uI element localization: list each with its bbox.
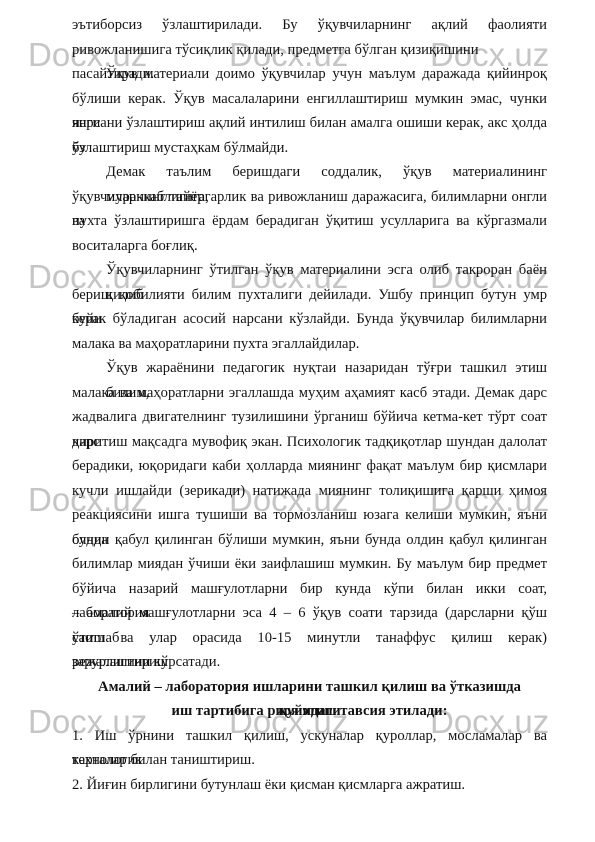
text-line: пухта ўзлаштиришга ёрдам берадиган ўқити… — [72, 209, 547, 234]
document-content: эътиборсиз ўзлаштирилади. Бу ўқувчиларни… — [72, 13, 547, 797]
text-line: зарурлигини кўрсатади. — [72, 650, 547, 675]
text-line: Ўқув жараёнини педагогик нуқтаи назарида… — [72, 356, 547, 381]
text-line: ўқувчиларнинг тайёргарлик ва ривожланиш … — [72, 185, 547, 210]
text-line: ўзлаштириш мустаҳкам бўлмайди. — [72, 136, 547, 161]
text-line: ривожланишига тўсиқлик қилади, предметга… — [72, 38, 547, 63]
text-line: эътиборсиз ўзлаштирилади. Бу ўқувчиларни… — [72, 13, 547, 38]
document-page: Docx.uzDocx.uzDocx.uzDocx.uzDocx.uzDocx.… — [0, 0, 595, 842]
text-line: – амалий машғулотларни эса 4 – 6 ўқув со… — [72, 601, 547, 626]
text-line: олдин қабул қилинган бўлиши мумкин, яъни… — [72, 528, 547, 553]
heading-line: иш тартибига риоя этиш тавсия этилади: — [72, 699, 547, 724]
list-item-line: 1. Иш ўрнини ташкил қилиш, ускуналар қур… — [72, 724, 547, 749]
text-line: бўйича назарий машғулотларни бир кунда к… — [72, 577, 547, 602]
list-item-line: карталар билан таништириш. — [72, 748, 547, 773]
text-line: Демак таълим беришдаги соддалик, ўқув ма… — [72, 160, 547, 185]
list-item-line: 2. Йиғин бирлигини бутунлаш ёки қисман қ… — [72, 773, 547, 798]
text-line: Ўқув материали доимо ўқувчилар учун маъл… — [72, 62, 547, 87]
text-line: керак бўладиган асосий нарсани кўзлайди.… — [72, 307, 547, 332]
text-line: бериш қобилияти билим пухталиги дейилади… — [72, 283, 547, 308]
text-line: нарсани ўзлаштириш ақлий интилиш билан а… — [72, 111, 547, 136]
text-line: берадики, юқоридаги каби ҳолларда миянин… — [72, 454, 547, 479]
text-line: жадвалига двигателнинг тузилишини ўргани… — [72, 405, 547, 430]
text-line: воситаларга боғлиқ. — [72, 234, 547, 259]
text-line: кучли ишлайди (зерикади) натижада миянин… — [72, 479, 547, 504]
text-line: малака ва маҳоратларини пухта эгаллайдил… — [72, 332, 547, 357]
text-line: ўтиш ва улар орасида 10-15 минутли танаф… — [72, 626, 547, 651]
text-line: Ўқувчиларнинг ўтилган ўқув материалини э… — [72, 258, 547, 283]
text-line: бўлиши керак. Ўқув масалаларини енгиллаш… — [72, 87, 547, 112]
heading-line: Амалий – лаборатория ишларини ташкил қил… — [72, 675, 547, 700]
text-line: малака ва маҳоратларни эгаллашда муҳим а… — [72, 381, 547, 406]
text-line: билимлар миядан ўчиши ёки заифлашиш мумк… — [72, 552, 547, 577]
text-line: реакциясини ишга тушиши ва тормозланиш ю… — [72, 503, 547, 528]
text-line: киритиш мақсадга мувофиқ экан. Психологи… — [72, 430, 547, 455]
